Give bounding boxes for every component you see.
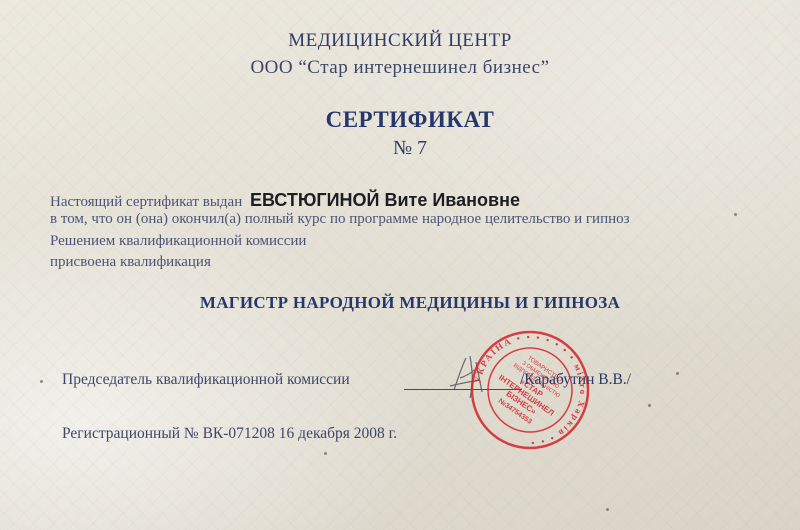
paper-speck — [676, 372, 679, 375]
certificate-title: СЕРТИФИКАТ — [0, 107, 800, 133]
qualification-title: МАГИСТР НАРОДНОЙ МЕДИЦИНЫ И ГИПНОЗА — [0, 293, 800, 313]
issued-line: Настоящий сертификат выдан ЕВСТЮГИНОЙ Ви… — [50, 190, 520, 211]
medical-center-title: МЕДИЦИНСКИЙ ЦЕНТР — [0, 30, 800, 52]
chairman-label: Председатель квалификационной комиссии — [62, 371, 350, 389]
assigned-line: присвоена квалификация — [50, 254, 211, 271]
certificate-number: № 7 — [0, 137, 800, 160]
organization-name: ООО “Стар интернешинел бизнес” — [0, 57, 800, 79]
decision-line: Решением квалификационной комиссии — [50, 233, 306, 250]
paper-speck — [324, 452, 327, 455]
paper-speck — [648, 404, 651, 407]
issued-prefix: Настоящий сертификат выдан — [50, 194, 242, 210]
registration-line: Регистрационный № ВК-071208 16 декабря 2… — [62, 425, 397, 443]
paper-speck — [40, 380, 43, 383]
paper-speck — [606, 508, 609, 511]
recipient-name: ЕВСТЮГИНОЙ Вите Ивановне — [250, 190, 520, 210]
chairman-name: /Карабутин В.В./ — [520, 371, 631, 389]
paper-speck — [734, 213, 737, 216]
course-line: в том, что он (она) окончил(а) полный ку… — [50, 211, 630, 228]
official-stamp-icon: УКРАЇНА • • • • • • • місто Харків • • •… — [468, 328, 592, 452]
